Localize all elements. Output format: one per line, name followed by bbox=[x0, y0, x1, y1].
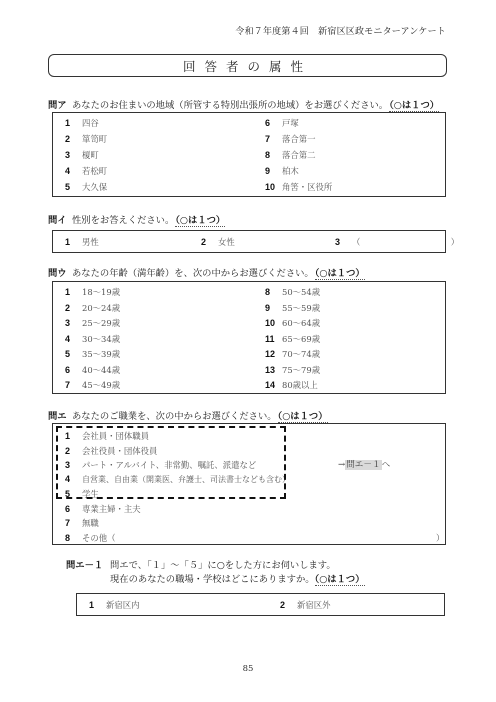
answer-count-note: （○は１つ） bbox=[278, 411, 328, 423]
option-item[interactable]: 1375～79歳 bbox=[265, 364, 320, 376]
option-item[interactable]: 4若松町 bbox=[65, 165, 107, 177]
option-item[interactable]: 1新宿区内 bbox=[89, 599, 140, 611]
option-item[interactable]: 220～24歳 bbox=[65, 302, 120, 314]
question-text: 性別をお答えください。 bbox=[72, 215, 174, 226]
option-item[interactable]: 2箪笥町 bbox=[65, 133, 107, 145]
question-i: 問イ性別をお答えください。（○は１つ） bbox=[48, 212, 225, 226]
question-text: あなたのお住まいの地域（所管する特別出張所の地域）をお選びください。 bbox=[72, 100, 388, 111]
question-e: 問エあなたのご職業を、次の中からお選びください。（○は１つ） bbox=[48, 408, 328, 422]
skip-group-bracket bbox=[56, 426, 286, 499]
option-item[interactable]: 850～54歳 bbox=[265, 286, 320, 298]
section-title: 回答者の属性 bbox=[183, 57, 312, 75]
option-item[interactable]: 8落合第二 bbox=[265, 149, 316, 161]
option-item[interactable]: 5大久保 bbox=[65, 181, 107, 193]
option-item[interactable]: 10角筈・区役所 bbox=[265, 181, 332, 193]
question-id: 問エ bbox=[48, 408, 72, 422]
option-item[interactable]: 1270～74歳 bbox=[265, 348, 320, 360]
option-item[interactable]: 118～19歳 bbox=[65, 286, 120, 298]
option-item[interactable]: 7落合第一 bbox=[265, 133, 316, 145]
option-item[interactable]: 745～49歳 bbox=[65, 379, 120, 391]
option-item[interactable]: 430～34歳 bbox=[65, 333, 120, 345]
answer-count-note: （○は１つ） bbox=[315, 574, 365, 586]
question-e1-line2: 現在のあなたの職場・学校はどこにありますか。（○は１つ） bbox=[110, 571, 365, 585]
option-item[interactable]: 325～29歳 bbox=[65, 317, 120, 329]
question-text-line2: 現在のあなたの職場・学校はどこにありますか。 bbox=[110, 574, 315, 585]
option-item[interactable]: 535～39歳 bbox=[65, 348, 120, 360]
option-item[interactable]: 1男性 bbox=[65, 236, 99, 248]
options-box-gender: 1男性 2女性 3（ ） bbox=[52, 230, 446, 253]
answer-count-note: （○は１つ） bbox=[389, 100, 439, 112]
question-text: あなたのご職業を、次の中からお選びください。 bbox=[72, 411, 277, 422]
question-e1: 問エ－１問エで、「１」～「５」に○をした方にお伺いします。 bbox=[66, 557, 336, 571]
option-item[interactable]: 2女性 bbox=[201, 236, 235, 248]
question-text: あなたの年齢（満年齢）を、次の中からお選びください。 bbox=[72, 268, 314, 279]
option-item[interactable]: 1480歳以上 bbox=[265, 379, 318, 391]
option-item[interactable]: 2新宿区外 bbox=[280, 599, 331, 611]
other-close-paren: ） bbox=[436, 532, 444, 544]
option-item[interactable]: 6戸塚 bbox=[265, 117, 299, 129]
option-item[interactable]: 955～59歳 bbox=[265, 302, 320, 314]
options-box-age: 118～19歳 220～24歳 325～29歳 430～34歳 535～39歳 … bbox=[52, 281, 446, 394]
option-item[interactable]: 1165～69歳 bbox=[265, 333, 320, 345]
option-item[interactable]: 640～44歳 bbox=[65, 364, 120, 376]
option-item[interactable]: 9柏木 bbox=[265, 165, 299, 177]
option-item[interactable]: 3榎町 bbox=[65, 149, 99, 161]
survey-header-label: 令和７年度第４回 新宿区区政モニターアンケート bbox=[235, 24, 446, 37]
question-id: 問エ－１ bbox=[66, 557, 110, 571]
question-a: 問アあなたのお住まいの地域（所管する特別出張所の地域）をお選びください。（○は１… bbox=[48, 97, 439, 111]
question-id: 問ア bbox=[48, 97, 72, 111]
skip-instruction: →問エ－１へ bbox=[338, 458, 390, 470]
option-item[interactable]: 6専業主婦・主夫 bbox=[65, 503, 141, 515]
options-box-workplace: 1新宿区内 2新宿区外 bbox=[76, 593, 445, 616]
option-item[interactable]: 7無職 bbox=[65, 517, 99, 529]
option-item[interactable]: 1四谷 bbox=[65, 117, 99, 129]
option-item-other[interactable]: 8その他（ bbox=[65, 532, 116, 544]
question-id: 問イ bbox=[48, 212, 72, 226]
answer-count-note: （○は１つ） bbox=[315, 268, 365, 280]
page-number: 85 bbox=[0, 664, 496, 674]
answer-count-note: （○は１つ） bbox=[175, 215, 225, 227]
option-item[interactable]: 1060～64歳 bbox=[265, 317, 320, 329]
skip-target: 問エ－１ bbox=[345, 460, 381, 470]
options-box-region: 1四谷 2箪笥町 3榎町 4若松町 5大久保 6戸塚 7落合第一 8落合第二 9… bbox=[52, 112, 446, 197]
section-title-box: 回答者の属性 bbox=[48, 54, 447, 77]
option-item-other[interactable]: 3（ ） bbox=[335, 236, 461, 248]
question-u: 問ウあなたの年齢（満年齢）を、次の中からお選びください。（○は１つ） bbox=[48, 265, 365, 279]
question-text-line1: 問エで、「１」～「５」に○をした方にお伺いします。 bbox=[110, 560, 336, 571]
question-id: 問ウ bbox=[48, 265, 72, 279]
